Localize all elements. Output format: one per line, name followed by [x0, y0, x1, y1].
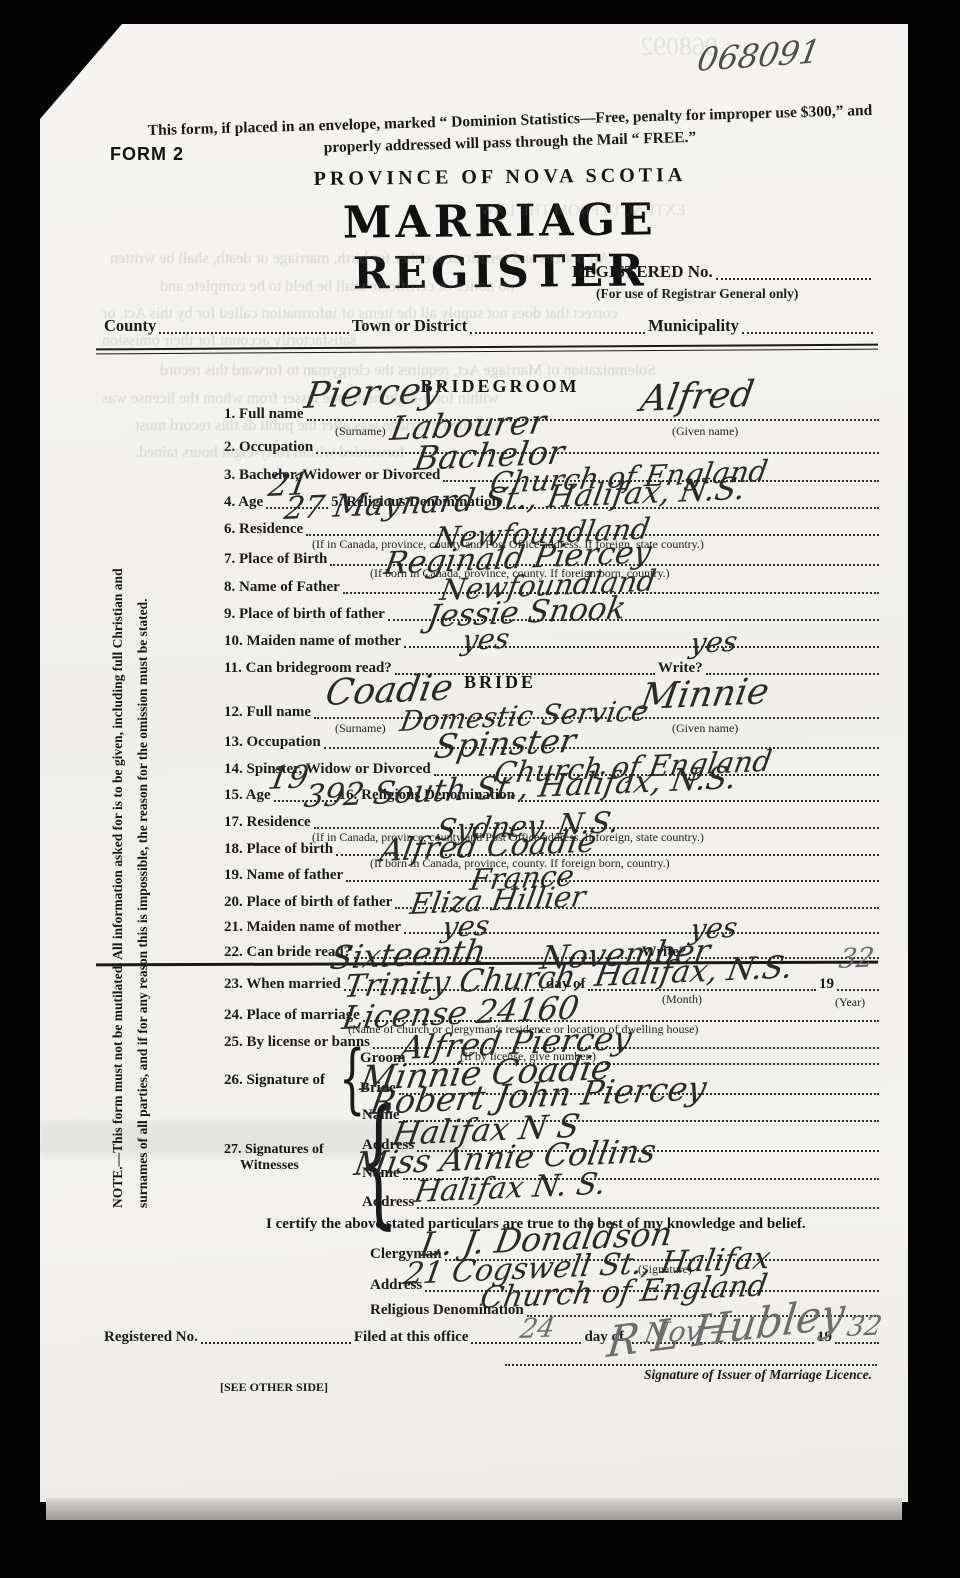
handwriting-witness2-address: Halifax N. S. [412, 1169, 608, 1208]
handwriting-filed-year: 32 [845, 1312, 884, 1341]
dotted-line [505, 1362, 877, 1366]
handwritten-doc-number: 068091 [695, 35, 823, 76]
dotted-line [346, 878, 879, 882]
signature-of-label: 26. Signature of [224, 1072, 325, 1089]
bleedthrough-text: no notice or certificate shall be held t… [160, 278, 515, 296]
witness-label-1: 27. Signatures of [224, 1142, 324, 1158]
handwriting-groom-read: yes [460, 625, 511, 655]
province-heading: PROVINCE OF NOVA SCOTIA [220, 163, 780, 192]
field-label: 12. Full name [224, 704, 311, 721]
paper-page: 068092 EXTRACTS FROM THE LAW All notices… [40, 24, 908, 1502]
side-note: NOTE.—This form must not be mutilated. A… [106, 536, 202, 1208]
field-label: 10. Maiden name of mother [224, 633, 401, 650]
field-label: 24. Place of marriage [224, 1007, 360, 1024]
form-row: 21. Maiden name of mother [224, 919, 882, 936]
month-sub: (Month) [662, 992, 702, 1007]
bleedthrough-text: EXTRACTS FROM THE LAW [480, 202, 686, 220]
registered-no-label: Registered No. [104, 1329, 198, 1346]
handwriting-bride-mother: Eliza Hillier [408, 882, 588, 919]
dotted-line [470, 330, 645, 334]
surname-sub: (Surname) [335, 424, 386, 439]
handwriting-groom-write: yes [688, 628, 739, 658]
field-label: 19 [819, 976, 834, 993]
surname-sub: (Surname) [335, 721, 386, 736]
scanned-document: 068092 EXTRACTS FROM THE LAW All notices… [0, 0, 960, 1578]
handwriting-groom-given: Alfred [638, 377, 756, 418]
field-label: 4. Age [224, 494, 263, 511]
form-row: 10. Maiden name of mother [224, 633, 882, 650]
dotted-line [837, 987, 879, 991]
registered-no-row: REGISTERED No. [572, 262, 874, 282]
given-name-sub: (Given name) [672, 424, 738, 439]
given-name-sub: (Given name) [672, 721, 738, 736]
page-edge-shadow [46, 1498, 902, 1520]
dotted-line [742, 330, 873, 334]
field-label: 19. Name of father [224, 867, 343, 884]
bleedthrough-text: All notices and certificates, either for… [110, 250, 610, 268]
handwriting-bride-given: Minnie [638, 674, 772, 716]
field-label: 8. Name of Father [224, 579, 340, 596]
handwriting-groom-mother: Jessie Snook [425, 593, 628, 633]
field-label: 21. Maiden name of mother [224, 919, 401, 936]
registrar-only-note: (For use of Registrar General only) [596, 286, 798, 302]
field-label: 3. Bachelor, Widower or Divorced [224, 467, 440, 484]
handwriting-marriage-year: 32 [837, 944, 876, 973]
dotted-line [716, 276, 871, 280]
field-label: 15. Age [224, 787, 271, 804]
see-other-side-note: [SEE OTHER SIDE] [220, 1380, 328, 1395]
form-number-label: FORM 2 [110, 144, 184, 165]
witness-label-2: Witnesses [240, 1158, 299, 1174]
issuer-caption: Signature of Issuer of Marriage Licence. [644, 1367, 872, 1383]
field-label: 7. Place of Birth [224, 551, 327, 568]
municipality-label: Municipality [648, 316, 739, 336]
handwriting-bride-age: 19 [266, 762, 311, 795]
field-label: 9. Place of birth of father [224, 606, 385, 623]
field-label: 23. When married [224, 976, 341, 993]
field-label: 20. Place of birth of father [224, 894, 392, 911]
year-sub: (Year) [835, 995, 865, 1010]
bleedthrough-text: satisfactorily account for their omissio… [102, 332, 356, 350]
filed-at-office-label: Filed at this office [354, 1329, 469, 1346]
dotted-line [324, 745, 879, 749]
handwriting-filed-day: 24 [518, 1314, 557, 1343]
bleedthrough-text: forwarded within forty-eight hours taine… [135, 444, 405, 462]
field-label: 17. Residence [224, 814, 311, 831]
bleedthrough-text: correct that does not supply all the ite… [102, 305, 617, 323]
field-label: 13. Occupation [224, 734, 321, 751]
dotted-line [201, 1340, 351, 1344]
